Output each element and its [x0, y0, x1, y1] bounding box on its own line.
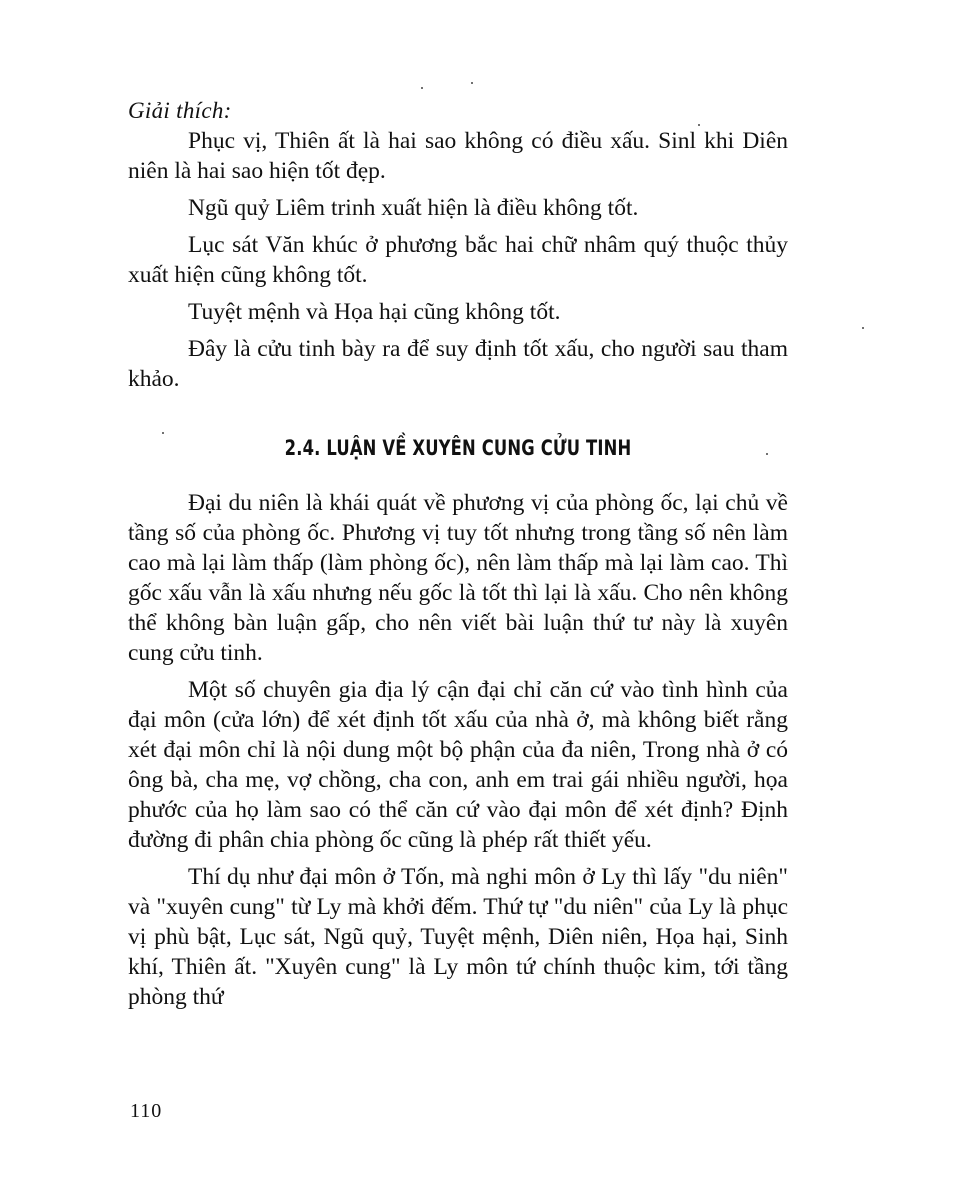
- section-paragraph-3: Thí dụ như đại môn ở Tốn, mà nghi môn ở …: [128, 862, 788, 1012]
- section-heading: 2.4. LUẬN VỀ XUYÊN CUNG CỬU TINH: [201, 434, 716, 462]
- page-number: 110: [130, 1100, 162, 1123]
- intro-paragraph-2: Ngũ quỷ Liêm trinh xuất hiện là điều khô…: [128, 193, 788, 223]
- intro-paragraph-4: Tuyệt mệnh và Họa hại cũng không tốt.: [128, 297, 788, 327]
- intro-paragraph-5: Đây là cửu tinh bày ra để suy định tốt x…: [128, 334, 788, 394]
- section-paragraph-1: Đại du niên là khái quát về phương vị củ…: [128, 488, 788, 668]
- explanation-label: Giải thích:: [128, 96, 788, 126]
- scan-speck: [421, 87, 423, 89]
- book-page: Giải thích: Phục vị, Thiên ất là hai sao…: [128, 96, 788, 1019]
- section-paragraph-2: Một số chuyên gia địa lý cận đại chỉ căn…: [128, 675, 788, 855]
- intro-paragraph-1: Phục vị, Thiên ất là hai sao không có đi…: [128, 126, 788, 186]
- scan-speck: [862, 327, 864, 329]
- intro-paragraph-3: Lục sát Văn khúc ở phương bắc hai chữ nh…: [128, 230, 788, 290]
- scan-speck: [471, 82, 473, 84]
